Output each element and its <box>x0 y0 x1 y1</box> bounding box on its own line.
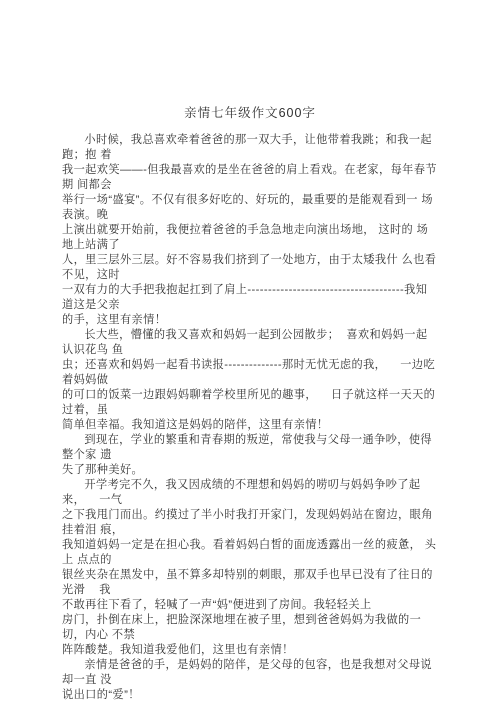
essay-line: 之下我甩门而出。约摸过了半小时我打开家门，发现妈妈站在窗边，眼角挂着泪 痕， <box>62 508 438 538</box>
essay-line: 一双有力的大手把我抱起扛到了肩上------------------------… <box>62 283 438 313</box>
essay-line: 简单但幸福。我知道这是妈妈的陪伴，这里有亲情！ <box>62 418 438 433</box>
essay-line: 举行一场“盛宴”。不仅有很多好吃的、好玩的，最重要的是能观看到一 场表演。晚 <box>62 193 438 223</box>
paragraph-5: 亲情是爸爸的手，是妈妈的陪伴，是父母的包容，也是我想对父母说却一直 没 说出口的… <box>62 658 438 703</box>
essay-line: 说出口的“爱”！ <box>62 688 438 703</box>
essay-line: 的可口的饭菜一边跟妈妈聊着学校里所见的趣事， 日子就这样一天天的过着，虽 <box>62 388 438 418</box>
essay-line: 失了那种美好。 <box>62 463 438 478</box>
paragraph-4: 开学考完不久，我又因成绩的不理想和妈妈的唠叨与妈妈争吵了起来， 一气 之下我甩门… <box>62 478 438 658</box>
essay-line: 房门，扑倒在床上，把脸深深地埋在被子里，想到爸爸妈妈为我做的一切，内心 不禁 <box>62 613 438 643</box>
essay-line: 我一起欢笑——-但我最喜欢的是坐在爸爸的肩上看戏。在老家，每年春节期 间都会 <box>62 163 438 193</box>
essay-body: 亲情七年级作文600字 小时候，我总喜欢牵着爸爸的那一双大手，让他带着我跳；和我… <box>0 0 500 703</box>
paragraph-3: 到现在，学业的繁重和青春期的叛逆，常使我与父母一通争吵，使得整个家 遗 失了那种… <box>62 433 438 478</box>
essay-line: 阵阵酸楚。我知道我爱他们，这里也有亲情！ <box>62 643 438 658</box>
essay-line: 长大些，懵懂的我又喜欢和妈妈一起到公园散步； 喜欢和妈妈一起认识花鸟 鱼 <box>62 328 438 358</box>
essay-line: 到现在，学业的繁重和青春期的叛逆，常使我与父母一通争吵，使得整个家 遗 <box>62 433 438 463</box>
essay-line: 人，里三层外三层。好不容易我们挤到了一处地方，由于太矮我什 么也看不见，这时 <box>62 253 438 283</box>
essay-line: 银丝夹杂在黑发中，虽不算多却特别的刺眼，那双手也早已没有了往日的 光滑 我 <box>62 568 438 598</box>
paragraph-1: 小时候，我总喜欢牵着爸爸的那一双大手，让他带着我跳；和我一起跑；抱 着 我一起欢… <box>62 133 438 328</box>
essay-line: 上演出就要开始前，我便拉着爸爸的手急急地走向演出场地， 这时的 场地上站满了 <box>62 223 438 253</box>
essay-line: 亲情是爸爸的手，是妈妈的陪伴，是父母的包容，也是我想对父母说却一直 没 <box>62 658 438 688</box>
essay-line: 虫；还喜欢和妈妈一起看书读报--------------那时无忧无虑的我， 一边… <box>62 358 438 388</box>
essay-line: 我知道妈妈一定是在担心我。看着妈妈白皙的面庞透露出一丝的疲惫， 头上 点点的 <box>62 538 438 568</box>
essay-title: 亲情七年级作文600字 <box>62 103 438 121</box>
essay-line: 的手，这里有亲情！ <box>62 313 438 328</box>
essay-line: 开学考完不久，我又因成绩的不理想和妈妈的唠叨与妈妈争吵了起来， 一气 <box>62 478 438 508</box>
essay-line: 小时候，我总喜欢牵着爸爸的那一双大手，让他带着我跳；和我一起跑；抱 着 <box>62 133 438 163</box>
essay-line: 不敢再往下看了，轻喊了一声“妈”便进到了房间。我轻轻关上 <box>62 598 438 613</box>
paragraph-2: 长大些，懵懂的我又喜欢和妈妈一起到公园散步； 喜欢和妈妈一起认识花鸟 鱼 虫；还… <box>62 328 438 433</box>
document-page: 亲情七年级作文600字 小时候，我总喜欢牵着爸爸的那一双大手，让他带着我跳；和我… <box>0 0 500 709</box>
